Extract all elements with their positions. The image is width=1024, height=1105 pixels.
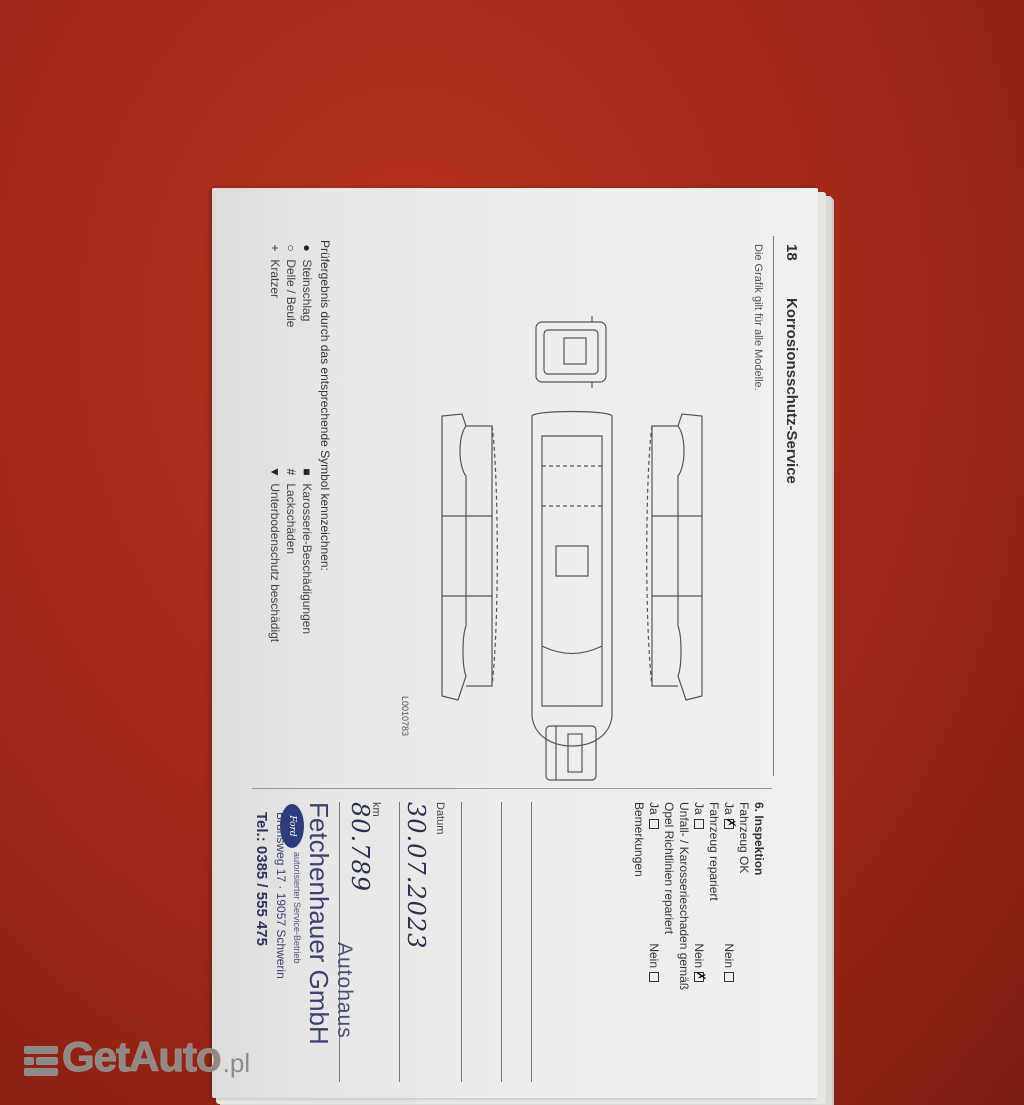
stamp-dealer-name: Fetchenhauer GmbH (303, 802, 334, 1045)
page-number: 18 (783, 244, 800, 261)
car-left-side-view (647, 414, 702, 700)
q3-yes-label: Ja (647, 802, 661, 815)
remarks-line (461, 802, 462, 1082)
q2-label: Fahrzeug repariert (706, 802, 721, 1092)
page-title: Korrosionsschutz-Service (783, 298, 800, 484)
q1-yes-label: Ja (722, 802, 736, 815)
q2-options: Ja Nein (691, 802, 706, 982)
remarks-line (501, 802, 502, 1082)
hash-icon: # (283, 464, 299, 480)
q1-yes-checkbox[interactable] (724, 819, 734, 829)
header-divider (773, 236, 774, 776)
legend-label: Steinschlag (300, 259, 314, 321)
plus-icon: + (267, 240, 283, 256)
q2-no-label: Nein (692, 943, 706, 968)
watermark-brand: GetAuto (62, 1036, 221, 1078)
page-subtitle: Die Grafik gilt für alle Modelle. (752, 244, 764, 391)
q3-label-2: Opel Richtlinien repariert (661, 802, 676, 1092)
filled-square-icon: ■ (299, 464, 315, 480)
stamp-address: Brunsweg 17 · 19057 Schwerin (274, 812, 288, 979)
legend-label: Unterbodenschutz beschädigt (268, 483, 282, 642)
q1-options: Ja Nein (721, 802, 736, 982)
car-front-view (546, 726, 596, 780)
getauto-watermark: GetAuto .pl (24, 1036, 250, 1078)
legend-label: Lackschäden (284, 483, 298, 554)
down-triangle-icon: ▼ (267, 464, 283, 480)
q1-label: Fahrzeug OK (736, 802, 751, 1092)
legend-title: Prüfergebnis durch das entsprechende Sym… (318, 240, 332, 571)
service-booklet: 18 Korrosionsschutz-Service Die Grafik g… (212, 188, 828, 1105)
filled-circle-icon: ● (299, 240, 315, 256)
km-value-handwritten: 80.789 (346, 802, 374, 892)
legend-label: Karosserie-Beschädigungen (300, 483, 314, 634)
q3-label-1: Unfall- / Karosserieschaden gemäß (676, 802, 691, 1092)
getauto-logo-icon (24, 1042, 58, 1078)
section-divider (252, 788, 772, 789)
q2-yes-label: Ja (692, 802, 706, 815)
date-label: Datum (434, 802, 446, 834)
legend-item: ▼ Unterbodenschutz beschädigt (267, 464, 283, 642)
q2-yes-checkbox[interactable] (694, 819, 704, 829)
stamp-phone: Tel.: 0385 / 555 475 (253, 812, 270, 946)
date-line (399, 802, 400, 1082)
rotated-page-content: 18 Korrosionsschutz-Service Die Grafik g… (242, 236, 802, 1096)
date-value-handwritten: 30.07.2023 (402, 802, 430, 949)
stamp-subtitle: autorisierter Service-Betrieb (292, 852, 302, 964)
legend-item: # Lackschäden (283, 464, 299, 642)
legend-item: ■ Karosserie-Beschädigungen (299, 464, 315, 642)
legend-left: ● Steinschlag ○ Delle / Beule + Kratzer (267, 240, 315, 327)
q3-no-label: Nein (647, 943, 661, 968)
remarks-label: Bemerkungen (631, 802, 646, 1092)
stamp-line1: Autohaus (332, 942, 356, 1039)
inspection-panel: 6. Inspektion Fahrzeug OK Ja Nein Fahrze… (631, 802, 766, 1092)
car-top-view (532, 412, 612, 747)
legend-label: Kratzer (268, 259, 282, 298)
car-right-side-view (442, 414, 497, 700)
empty-circle-icon: ○ (283, 240, 299, 256)
car-body-diagram (422, 316, 722, 786)
car-rear-view (536, 316, 606, 388)
drawing-code: L0010783 (400, 696, 410, 736)
legend-right: ■ Karosserie-Beschädigungen # Lackschäde… (267, 464, 315, 642)
legend-item: ○ Delle / Beule (283, 240, 299, 327)
watermark-tld: .pl (223, 1048, 250, 1078)
q3-options: Ja Nein (646, 802, 661, 982)
q3-no-checkbox[interactable] (649, 972, 659, 982)
q1-no-label: Nein (722, 943, 736, 968)
q3-yes-checkbox[interactable] (649, 819, 659, 829)
legend-item: + Kratzer (267, 240, 283, 327)
q2-no-checkbox[interactable] (694, 972, 704, 982)
inspection-heading: 6. Inspektion (751, 802, 766, 1092)
legend-item: ● Steinschlag (299, 240, 315, 327)
legend-label: Delle / Beule (284, 259, 298, 327)
remarks-line (531, 802, 532, 1082)
q1-no-checkbox[interactable] (724, 972, 734, 982)
booklet-page: 18 Korrosionsschutz-Service Die Grafik g… (212, 188, 818, 1098)
